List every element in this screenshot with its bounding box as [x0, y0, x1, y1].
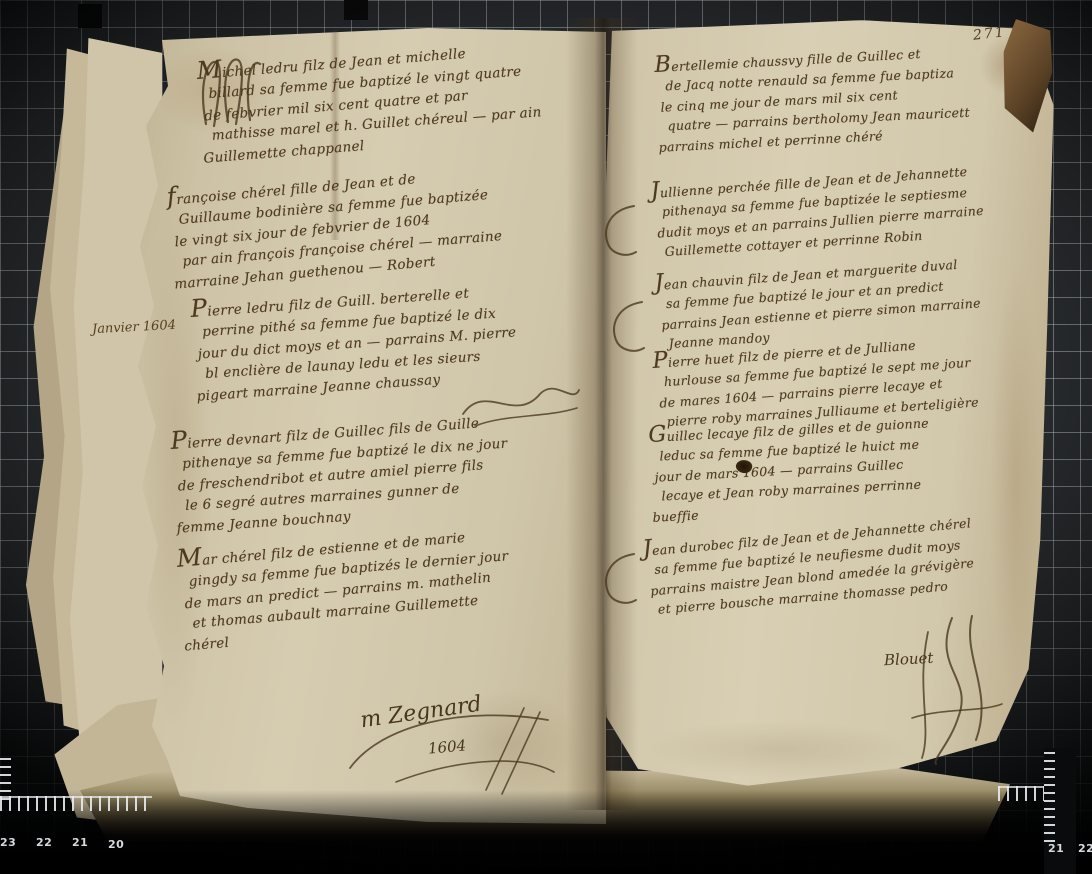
margin-paraph-icon [608, 296, 648, 354]
page-number: 271 [972, 24, 1006, 43]
ruler-number: 22 [36, 836, 52, 849]
ruler-ticks [1044, 752, 1055, 842]
initial-letter-flourish [194, 52, 266, 136]
signature-paraph-flourish [336, 690, 576, 800]
marginal-scribble-flourish [455, 372, 585, 434]
ruler-number: 20 [108, 838, 124, 851]
ruler-number: 21 [72, 836, 88, 849]
ruler-ticks [0, 758, 11, 800]
margin-paraph-icon [600, 548, 640, 606]
ruler-number: 22 [1078, 842, 1092, 855]
register-entry: Guillec lecaye filz de gilles et de guio… [648, 413, 934, 528]
ruler-ticks [998, 786, 1044, 801]
ruler-ticks [0, 796, 152, 811]
ruler-number: 21 [1048, 842, 1064, 855]
photograph-of-manuscript: 271 Janvier 1604 Michel ledru filz de Je… [0, 0, 1092, 874]
photo-shadow-band [0, 790, 1092, 874]
margin-paraph-icon [600, 200, 640, 258]
signature-paraph-flourish [892, 608, 1012, 768]
ruler-number: 23 [0, 836, 16, 849]
register-entry: Bertellemie chaussvy fille de Guillec et… [654, 42, 971, 158]
